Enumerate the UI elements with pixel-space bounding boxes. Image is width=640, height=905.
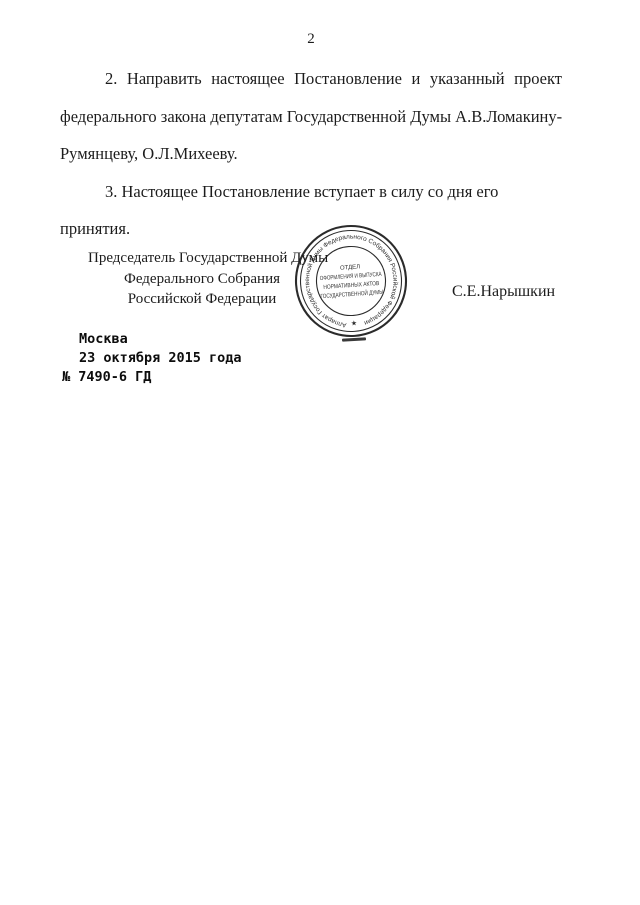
signature-title-line-1: Председатель Государственной Думы: [88, 248, 316, 269]
stamp-graphic: Аппарат Государственной Думы Федеральног…: [290, 220, 412, 342]
signature-name: С.Е.Нарышкин: [452, 283, 555, 301]
official-stamp: Аппарат Государственной Думы Федеральног…: [290, 220, 412, 342]
footer-date: 23 октября 2015 года: [62, 349, 242, 368]
paragraph-2-line-1: 2. Направить настоящее Постановление и у…: [60, 60, 562, 98]
signature-title-line-3: Российской Федерации: [88, 289, 316, 310]
signature-title-line-2: Федерального Собрания: [88, 269, 316, 290]
document-body: 2. Направить настоящее Постановление и у…: [60, 60, 562, 248]
footer-block: Москва 23 октября 2015 года № 7490-6 ГД: [62, 330, 242, 387]
footer-city: Москва: [62, 330, 242, 349]
page-number: 2: [0, 31, 622, 48]
stamp-star-icon: ★: [351, 319, 358, 327]
stamp-center-line-3: НОРМАТИВНЫХ АКТОВ: [323, 281, 379, 291]
stamp-center-line-1: ОТДЕЛ: [340, 264, 361, 271]
document-page: 2 2. Направить настоящее Постановление и…: [0, 0, 640, 905]
stamp-center-text: ОТДЕЛ ОФОРМЛЕНИЯ И ВЫПУСКА НОРМАТИВНЫХ А…: [318, 263, 383, 300]
paragraph-2-line-3: Румянцеву, О.Л.Михееву.: [60, 135, 562, 173]
footer-document-number: № 7490-6 ГД: [62, 368, 242, 387]
stamp-smudge-mark: [342, 337, 366, 341]
paragraph-2-line-2: федерального закона депутатам Государств…: [60, 98, 562, 136]
signature-title-block: Председатель Государственной Думы Федера…: [88, 248, 316, 310]
